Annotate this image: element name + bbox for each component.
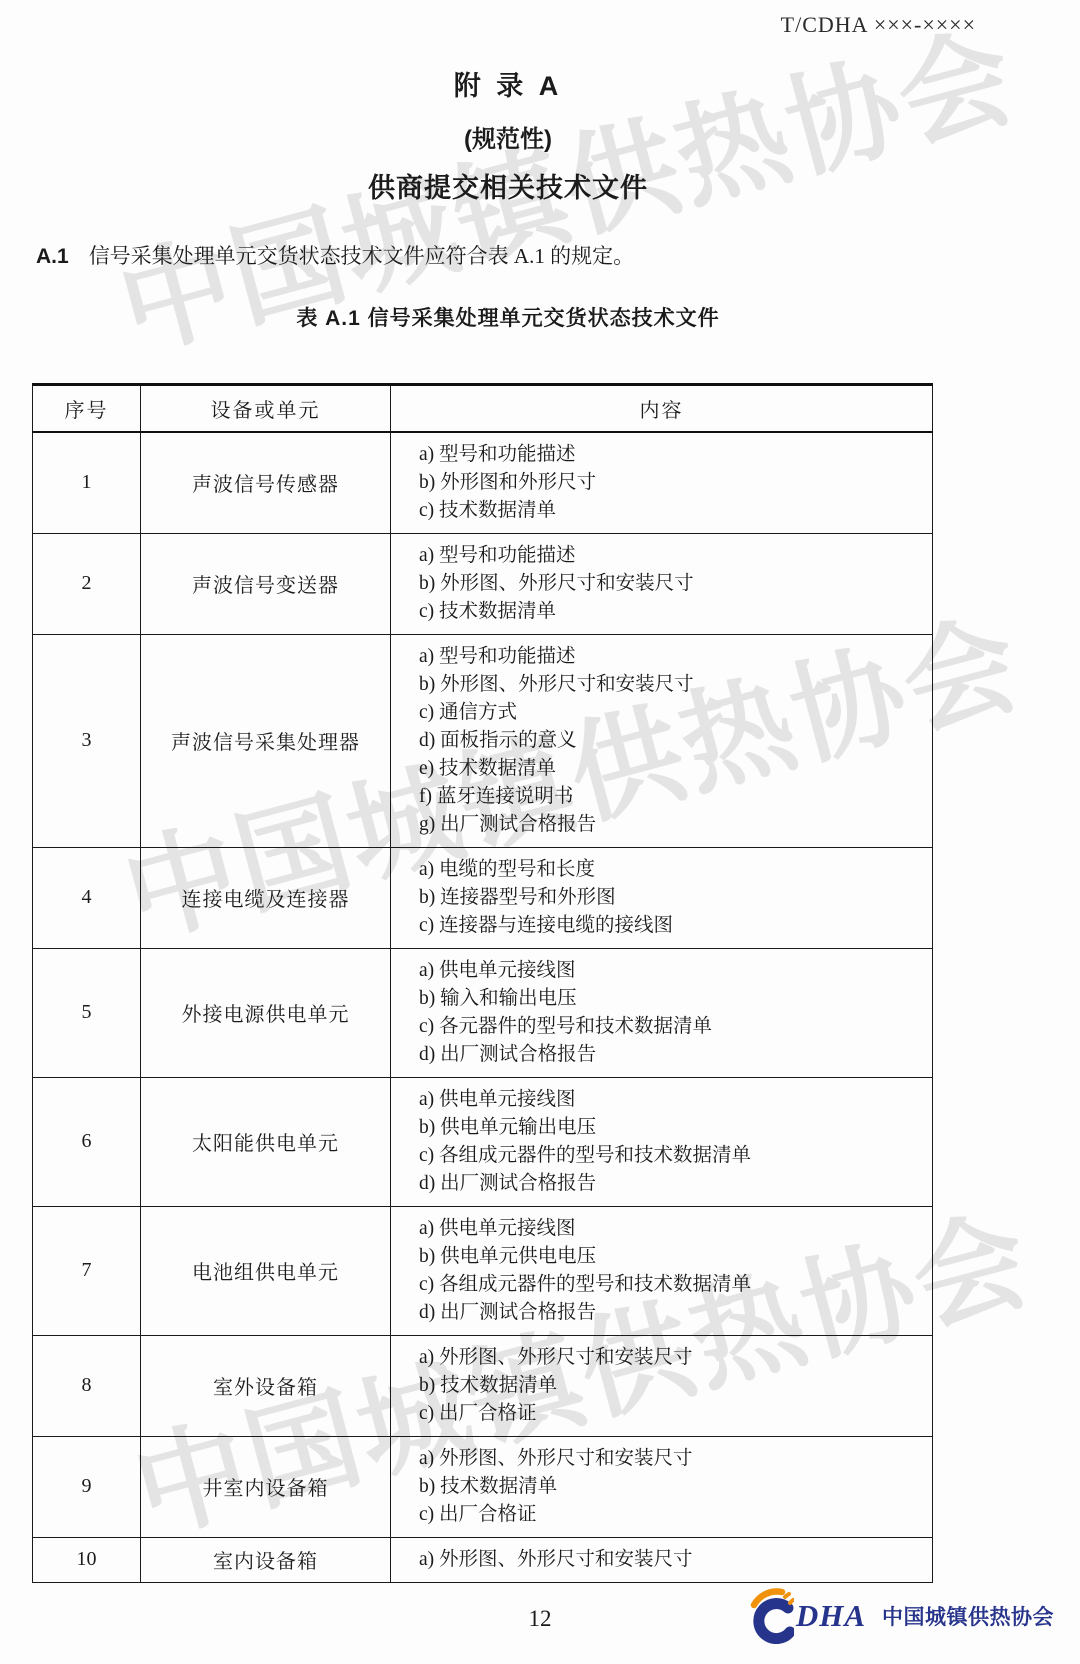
content-item: a) 外形图、外形尺寸和安装尺寸 — [419, 1344, 922, 1372]
content-item: b) 连接器型号和外形图 — [419, 884, 922, 912]
content-item: a) 外形图、外形尺寸和安装尺寸 — [419, 1445, 922, 1473]
table-row: 5外接电源供电单元a) 供电单元接线图b) 输入和输出电压c) 各元器件的型号和… — [33, 948, 933, 1077]
content-item: b) 技术数据清单 — [419, 1372, 922, 1400]
row-content: a) 型号和功能描述b) 外形图和外形尺寸c) 技术数据清单 — [391, 432, 933, 534]
row-content: a) 电缆的型号和长度b) 连接器型号和外形图c) 连接器与连接电缆的接线图 — [391, 847, 933, 948]
row-number: 5 — [33, 948, 141, 1077]
clause-number: A.1 — [36, 245, 69, 268]
page-header-doc-code: T/CDHA ×××-×××× — [781, 12, 976, 38]
content-item: d) 出厂测试合格报告 — [419, 1041, 922, 1069]
content-item: a) 电缆的型号和长度 — [419, 856, 922, 884]
row-device: 外接电源供电单元 — [141, 948, 391, 1077]
row-content: a) 供电单元接线图b) 输入和输出电压c) 各元器件的型号和技术数据清单d) … — [391, 948, 933, 1077]
row-device: 电池组供电单元 — [141, 1206, 391, 1335]
cdha-logo-icon — [748, 1588, 794, 1644]
table-row: 4连接电缆及连接器a) 电缆的型号和长度b) 连接器型号和外形图c) 连接器与连… — [33, 847, 933, 948]
table-row: 2声波信号变送器a) 型号和功能描述b) 外形图、外形尺寸和安装尺寸c) 技术数… — [33, 533, 933, 634]
row-device: 声波信号变送器 — [141, 533, 391, 634]
content-item: c) 技术数据清单 — [419, 598, 922, 626]
table-row: 6太阳能供电单元a) 供电单元接线图b) 供电单元输出电压c) 各组成元器件的型… — [33, 1077, 933, 1206]
row-device: 声波信号传感器 — [141, 432, 391, 534]
row-number: 1 — [33, 432, 141, 534]
content-item: c) 连接器与连接电缆的接线图 — [419, 912, 922, 940]
column-header-content: 内容 — [391, 385, 933, 432]
row-device: 室内设备箱 — [141, 1537, 391, 1582]
appendix-title-block: 附 录 A (规范性) 供商提交相关技术文件 — [0, 64, 1016, 205]
clause-a1: A.1信号采集处理单元交货状态技术文件应符合表 A.1 的规定。 — [36, 240, 976, 270]
table-row: 9井室内设备箱a) 外形图、外形尺寸和安装尺寸b) 技术数据清单c) 出厂合格证 — [33, 1436, 933, 1537]
content-item: g) 出厂测试合格报告 — [419, 811, 922, 839]
logo-acronym: DHA — [796, 1598, 866, 1634]
spec-table-body: 1声波信号传感器a) 型号和功能描述b) 外形图和外形尺寸c) 技术数据清单2声… — [33, 432, 933, 1583]
row-content: a) 外形图、外形尺寸和安装尺寸b) 技术数据清单c) 出厂合格证 — [391, 1335, 933, 1436]
content-item: a) 型号和功能描述 — [419, 542, 922, 570]
row-content: a) 供电单元接线图b) 供电单元供电电压c) 各组成元器件的型号和技术数据清单… — [391, 1206, 933, 1335]
row-content: a) 供电单元接线图b) 供电单元输出电压c) 各组成元器件的型号和技术数据清单… — [391, 1077, 933, 1206]
row-number: 4 — [33, 847, 141, 948]
appendix-title: 附 录 A — [0, 64, 1016, 103]
appendix-subtitle: (规范性) — [0, 119, 1016, 154]
content-item: b) 输入和输出电压 — [419, 985, 922, 1013]
content-item: d) 面板指示的意义 — [419, 727, 922, 755]
content-item: b) 外形图和外形尺寸 — [419, 469, 922, 497]
column-header-no: 序号 — [33, 385, 141, 432]
content-item: c) 出厂合格证 — [419, 1400, 922, 1428]
content-item: c) 各组成元器件的型号和技术数据清单 — [419, 1142, 922, 1170]
row-device: 太阳能供电单元 — [141, 1077, 391, 1206]
content-item: e) 技术数据清单 — [419, 755, 922, 783]
row-number: 10 — [33, 1537, 141, 1582]
content-item: a) 供电单元接线图 — [419, 1215, 922, 1243]
row-content: a) 外形图、外形尺寸和安装尺寸b) 技术数据清单c) 出厂合格证 — [391, 1436, 933, 1537]
row-device: 连接电缆及连接器 — [141, 847, 391, 948]
content-item: a) 外形图、外形尺寸和安装尺寸 — [419, 1546, 922, 1574]
content-item: b) 技术数据清单 — [419, 1473, 922, 1501]
table-row: 10室内设备箱a) 外形图、外形尺寸和安装尺寸 — [33, 1537, 933, 1582]
content-item: b) 供电单元供电电压 — [419, 1243, 922, 1271]
table-row: 7电池组供电单元a) 供电单元接线图b) 供电单元供电电压c) 各组成元器件的型… — [33, 1206, 933, 1335]
logo-cn-text: 中国城镇供热协会 — [882, 1601, 1054, 1631]
content-item: a) 型号和功能描述 — [419, 441, 922, 469]
spec-table-header: 序号 设备或单元 内容 — [33, 385, 933, 432]
row-content: a) 型号和功能描述b) 外形图、外形尺寸和安装尺寸c) 通信方式d) 面板指示… — [391, 634, 933, 847]
table-row: 3声波信号采集处理器a) 型号和功能描述b) 外形图、外形尺寸和安装尺寸c) 通… — [33, 634, 933, 847]
row-number: 7 — [33, 1206, 141, 1335]
content-item: c) 技术数据清单 — [419, 497, 922, 525]
content-item: d) 出厂测试合格报告 — [419, 1299, 922, 1327]
row-device: 井室内设备箱 — [141, 1436, 391, 1537]
column-header-device: 设备或单元 — [141, 385, 391, 432]
row-number: 3 — [33, 634, 141, 847]
content-item: a) 供电单元接线图 — [419, 957, 922, 985]
page-content: T/CDHA ×××-×××× 附 录 A (规范性) 供商提交相关技术文件 A… — [0, 0, 1080, 1664]
document-page: 中国城镇供热协会 中国城镇供热协会 中国城镇供热协会 T/CDHA ×××-××… — [0, 0, 1080, 1664]
content-item: f) 蓝牙连接说明书 — [419, 783, 922, 811]
row-content: a) 型号和功能描述b) 外形图、外形尺寸和安装尺寸c) 技术数据清单 — [391, 533, 933, 634]
footer-logo: DHA 中国城镇供热协会 — [748, 1588, 1054, 1644]
content-item: c) 出厂合格证 — [419, 1501, 922, 1529]
row-number: 2 — [33, 533, 141, 634]
content-item: c) 通信方式 — [419, 699, 922, 727]
content-item: c) 各组成元器件的型号和技术数据清单 — [419, 1271, 922, 1299]
row-device: 声波信号采集处理器 — [141, 634, 391, 847]
table-row: 1声波信号传感器a) 型号和功能描述b) 外形图和外形尺寸c) 技术数据清单 — [33, 432, 933, 534]
content-item: b) 供电单元输出电压 — [419, 1114, 922, 1142]
content-item: b) 外形图、外形尺寸和安装尺寸 — [419, 570, 922, 598]
table-caption: 表 A.1 信号采集处理单元交货状态技术文件 — [0, 302, 1016, 332]
row-device: 室外设备箱 — [141, 1335, 391, 1436]
content-item: c) 各元器件的型号和技术数据清单 — [419, 1013, 922, 1041]
content-item: b) 外形图、外形尺寸和安装尺寸 — [419, 671, 922, 699]
row-content: a) 外形图、外形尺寸和安装尺寸 — [391, 1537, 933, 1582]
appendix-heading: 供商提交相关技术文件 — [0, 166, 1016, 205]
table-row: 8室外设备箱a) 外形图、外形尺寸和安装尺寸b) 技术数据清单c) 出厂合格证 — [33, 1335, 933, 1436]
content-item: a) 供电单元接线图 — [419, 1086, 922, 1114]
content-item: d) 出厂测试合格报告 — [419, 1170, 922, 1198]
row-number: 6 — [33, 1077, 141, 1206]
spec-table: 序号 设备或单元 内容 1声波信号传感器a) 型号和功能描述b) 外形图和外形尺… — [32, 383, 933, 1583]
row-number: 9 — [33, 1436, 141, 1537]
clause-text: 信号采集处理单元交货状态技术文件应符合表 A.1 的规定。 — [89, 244, 634, 268]
content-item: a) 型号和功能描述 — [419, 643, 922, 671]
row-number: 8 — [33, 1335, 141, 1436]
